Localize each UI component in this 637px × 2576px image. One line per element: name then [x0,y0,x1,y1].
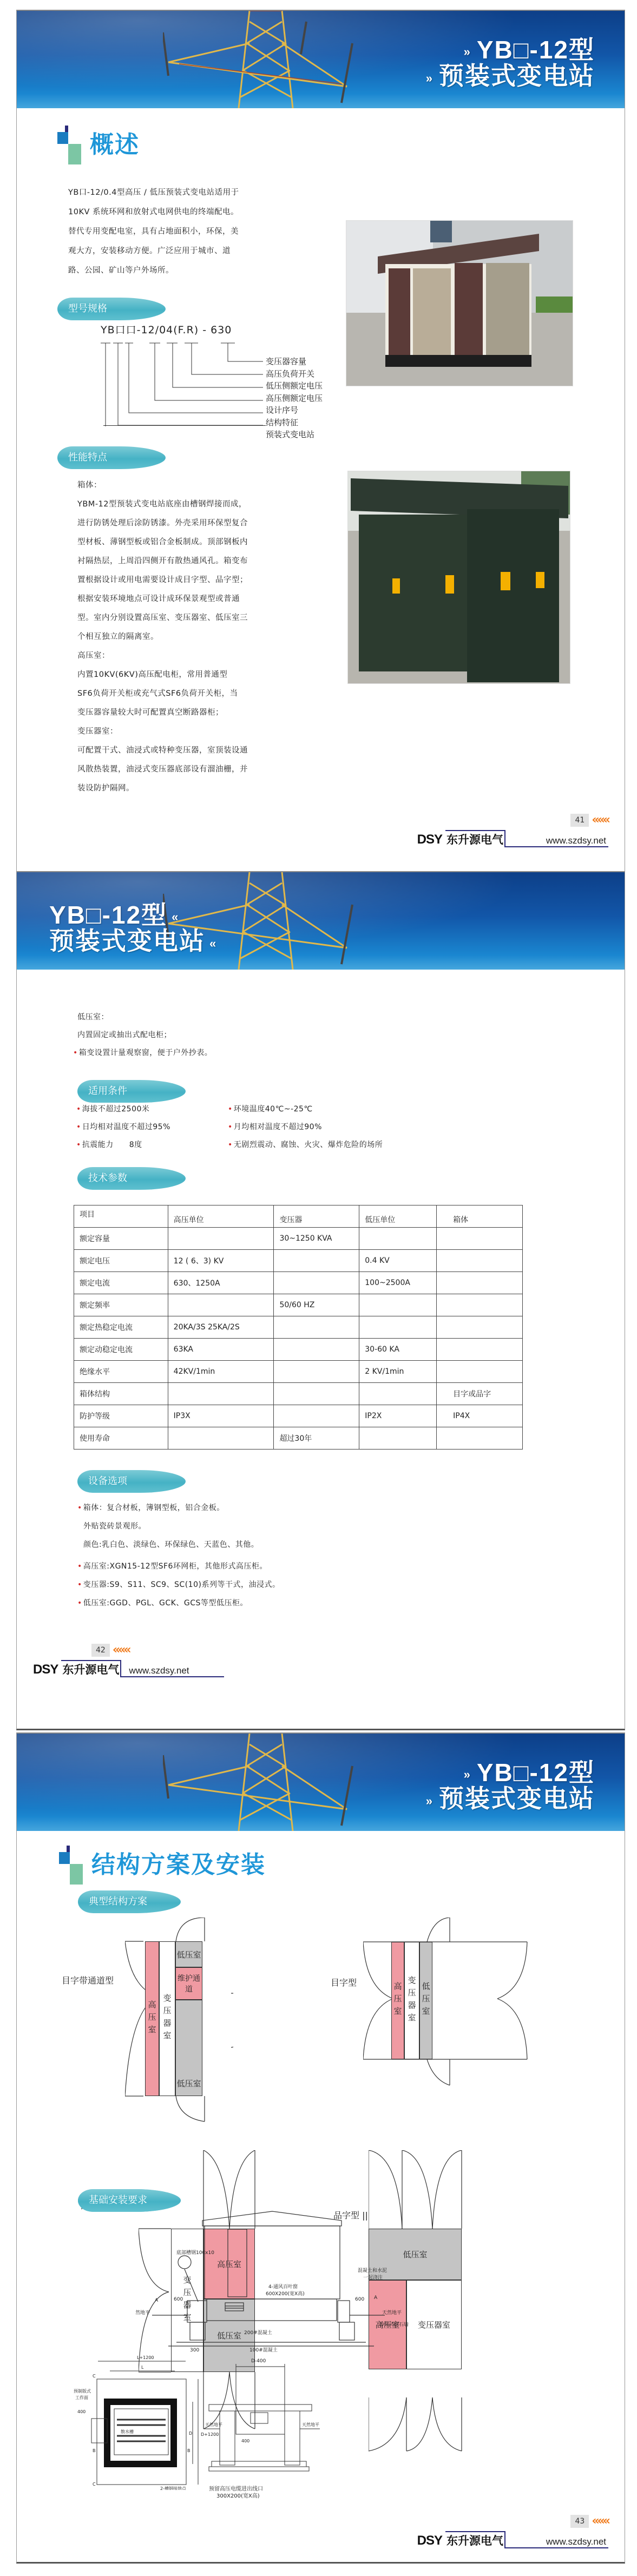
company-name: 东升源电气 [445,830,505,847]
conditions-label: 适用条件 [77,1080,186,1103]
model-spec-label: 型号规格 [57,298,166,320]
svg-text:C: C [93,2482,96,2487]
product-name: 预装式变电站 [439,62,595,90]
page-41: »YB□-12型 »预装式变电站 概述 YB口-12/0.4型高压 / 低压预装… [16,10,625,904]
features-text: 箱体：YBM-12型预装式变电站底座由槽钢焊接而成，进行防锈处理后涂防锈漆。外壳… [77,476,248,798]
options-label: 设备选项 [77,1470,186,1493]
dsy-logo: DSY [417,832,442,847]
product-model: YB□-12型 [477,36,595,64]
company-url[interactable]: www.szdsy.net [505,835,608,847]
room-hv: 高压室 [391,1942,404,2059]
layout-b-doors [363,1918,536,2091]
room-hv: 高压室 [145,1941,159,2096]
svg-text:B: B [93,2448,96,2453]
page-footer: 41 ««« DSY 东升源电气 www.szdsy.net [417,813,608,847]
company-name: 东升源电气 [61,1660,121,1677]
table-row: 额定频率50/60 HZ [74,1294,523,1316]
svg-text:400: 400 [241,2439,249,2443]
room-lv: 低压室 [419,1942,432,2059]
layout-a-label: 目字带通道型 [62,1974,114,1986]
svg-text:底部槽钢100x10: 底部槽钢100x10 [176,2249,214,2256]
options-list: 箱体：复合材板，簿钢型板，铝合金板。 外贴瓷砖景观形。 颜色:乳白色、淡绿色、环… [77,1499,280,1612]
chevrons-icon: ««« [592,813,608,827]
svg-text:600: 600 [355,2297,364,2302]
svg-text:D-400: D-400 [251,2358,266,2364]
room-lv-2: 低压室 [175,2000,202,2096]
elevation-drawing: 底部槽钢100x10 混凝土和水泥 一起浇注 4-通风百叶窗 600X200(宽… [136,2210,439,2356]
svg-text:B: B [187,2448,191,2453]
banner-title: »YB□-12型 »预装式变电站 [426,37,595,89]
svg-text:工作面: 工作面 [75,2395,88,2400]
svg-text:600: 600 [174,2297,183,2302]
room-aisle: 维护通道 [175,1967,202,2000]
svg-text:预制版式: 预制版式 [74,2388,91,2394]
page-number: 41 [570,814,589,827]
brand-logo: DSY 东升源电气 www.szdsy.net [417,2531,608,2548]
table-row: 防护等级IP3XIP2XIP4X [74,1405,523,1427]
room-transformer: 变压器室 [159,1941,175,2096]
section-title: 结构方案及安装 [91,1853,266,1877]
table-row: 额定热稳定电流20KA/3S 25KA/2S [74,1316,523,1339]
page-42: YB□-12型« 预装式变电站« 低压室： 内置固定或抽出式配电柜； 箱变设置计… [16,871,625,1730]
product-model: YB□-12型 [49,901,167,929]
table-row: 额定容量30~1250 KVA [74,1228,523,1250]
product-photo-landscape [346,220,573,386]
table-row: 额定动稳定电流63KA30-60 KA [74,1339,523,1361]
model-code-legend-lines [101,341,263,427]
chevrons-icon: ««« [592,2514,608,2528]
svg-text:天然地平: 天然地平 [302,2422,319,2427]
brand-logo: DSY 东升源电气 www.szdsy.net [417,830,608,847]
product-name: 预装式变电站 [49,927,205,955]
section-overview-heading: 概述 [57,126,140,157]
overview-text: YB口-12/0.4型高压 / 低压预装式变电站适用于10KV 系统环网和放射式… [68,183,239,280]
model-code: YB口口-12/04(F.R) - 630 [101,322,232,337]
page-number: 43 [570,2515,589,2528]
section-structure-heading: 结构方案及安装 [59,1846,266,1877]
svg-text:一起浇注: 一起浇注 [363,2274,383,2281]
svg-text:混凝土和水泥: 混凝土和水泥 [358,2267,387,2274]
product-model: YB□-12型 [477,1758,595,1787]
table-header-row: 项目高压单位变压器低压单位箱体 [74,1205,523,1228]
banner: YB□-12型« 预装式变电站« [17,872,625,970]
power-tower-illustration [163,11,390,108]
plan-drawing: L+1200 L 预制版式 工作面 400 散水槽 D D+1200 C C B… [71,2344,222,2490]
banner: »YB□-12型 »预装式变电站 [17,11,625,108]
conditions-list: 海拔不超过2500米环境温度40℃~-25℃ 日均相对温度不超过95%月均相对温… [76,1101,455,1154]
svg-text:天然地平: 天然地平 [382,2309,402,2316]
features-label: 性能特点 [57,446,166,469]
tech-params-label: 技术参数 [77,1167,186,1190]
company-url[interactable]: www.szdsy.net [505,2537,608,2548]
svg-text:砂浆砖砌石墙: 砂浆砖砌石墙 [379,2321,409,2328]
svg-text:C: C [93,2374,96,2379]
installation-label: 基础安装要求 [78,2189,181,2212]
svg-text:A: A [155,2298,159,2303]
product-name: 预装式变电站 [439,1784,595,1813]
svg-text:A: A [374,2295,378,2301]
svg-text:天然地平: 天然地平 [136,2309,150,2316]
svg-text:L+1200: L+1200 [137,2355,154,2360]
company-name: 东升源电气 [445,2531,505,2548]
layout-b-label: 目字型 [331,1976,357,1988]
svg-text:散水槽: 散水槽 [121,2429,134,2434]
dsy-logo: DSY [33,1662,58,1677]
room-lv-1: 低压室 [175,1941,202,1967]
power-tower-illustration [163,1734,390,1831]
svg-text:600X200(宽X高): 600X200(宽X高) [266,2290,305,2297]
table-row: 绝缘水平42KV/1min2 KV/1min [74,1361,523,1383]
company-url[interactable]: www.szdsy.net [121,1665,224,1677]
svg-text:天然地平: 天然地平 [205,2422,222,2427]
page-43: »YB□-12型 »预装式变电站 结构方案及安装 典型结构方案 目字带通道型 高… [16,1732,625,2564]
page-footer: 42 ««« DSY 东升源电气 www.szdsy.net [33,1643,224,1677]
tech-params-table: 项目高压单位变压器低压单位箱体 额定容量30~1250 KVA 额定电压12 (… [74,1205,523,1450]
table-row: 箱体结构目字或品字 [74,1383,523,1405]
table-row: 额定电流630、1250A100~2500A [74,1272,523,1294]
section-logo-icon [57,126,84,157]
cable-entry-note: 预留高压电缆进出线口 300X200(宽X高) [209,2486,263,2500]
table-row: 使用寿命超过30年 [74,1427,523,1450]
svg-text:D: D [189,2431,192,2436]
svg-text:4-通风百叶窗: 4-通风百叶窗 [268,2283,298,2290]
svg-text:2-槽钢接地点: 2-槽钢接地点 [160,2486,187,2490]
table-row: 额定电压12 ( 6、3) KV0.4 KV [74,1250,523,1272]
brand-logo: DSY 东升源电气 www.szdsy.net [33,1660,224,1677]
section-drawing: D-400 天然地平 天然地平 400 [203,2350,328,2475]
model-code-legend: 变压器容量高压负荷开关低压侧额定电压高压侧额定电压设计序号结构特征预装式变电站 [266,355,323,441]
typical-layouts-label: 典型结构方案 [78,1890,181,1913]
page-number: 42 [91,1644,110,1657]
svg-text:200#混凝土: 200#混凝土 [244,2329,272,2336]
room-transformer: 变压器室 [404,1942,419,2059]
svg-text:400: 400 [77,2409,86,2414]
chevrons-icon: ««« [113,1643,129,1657]
product-photo-green [347,471,570,684]
banner: »YB□-12型 »预装式变电站 [17,1734,625,1831]
section-logo-icon [59,1846,86,1877]
banner-title: YB□-12型« 预装式变电站« [49,902,217,954]
banner-title: »YB□-12型 »预装式变电站 [426,1760,595,1812]
section-title: 概述 [90,133,140,157]
low-voltage-intro: 低压室： 内置固定或抽出式配电柜； 箱变设置计量观察窗，便于户外抄表。 [77,1009,212,1062]
page-footer: 43 ««« DSY 东升源电气 www.szdsy.net [417,2514,608,2548]
dsy-logo: DSY [417,2533,442,2548]
svg-text:L: L [141,2365,144,2370]
